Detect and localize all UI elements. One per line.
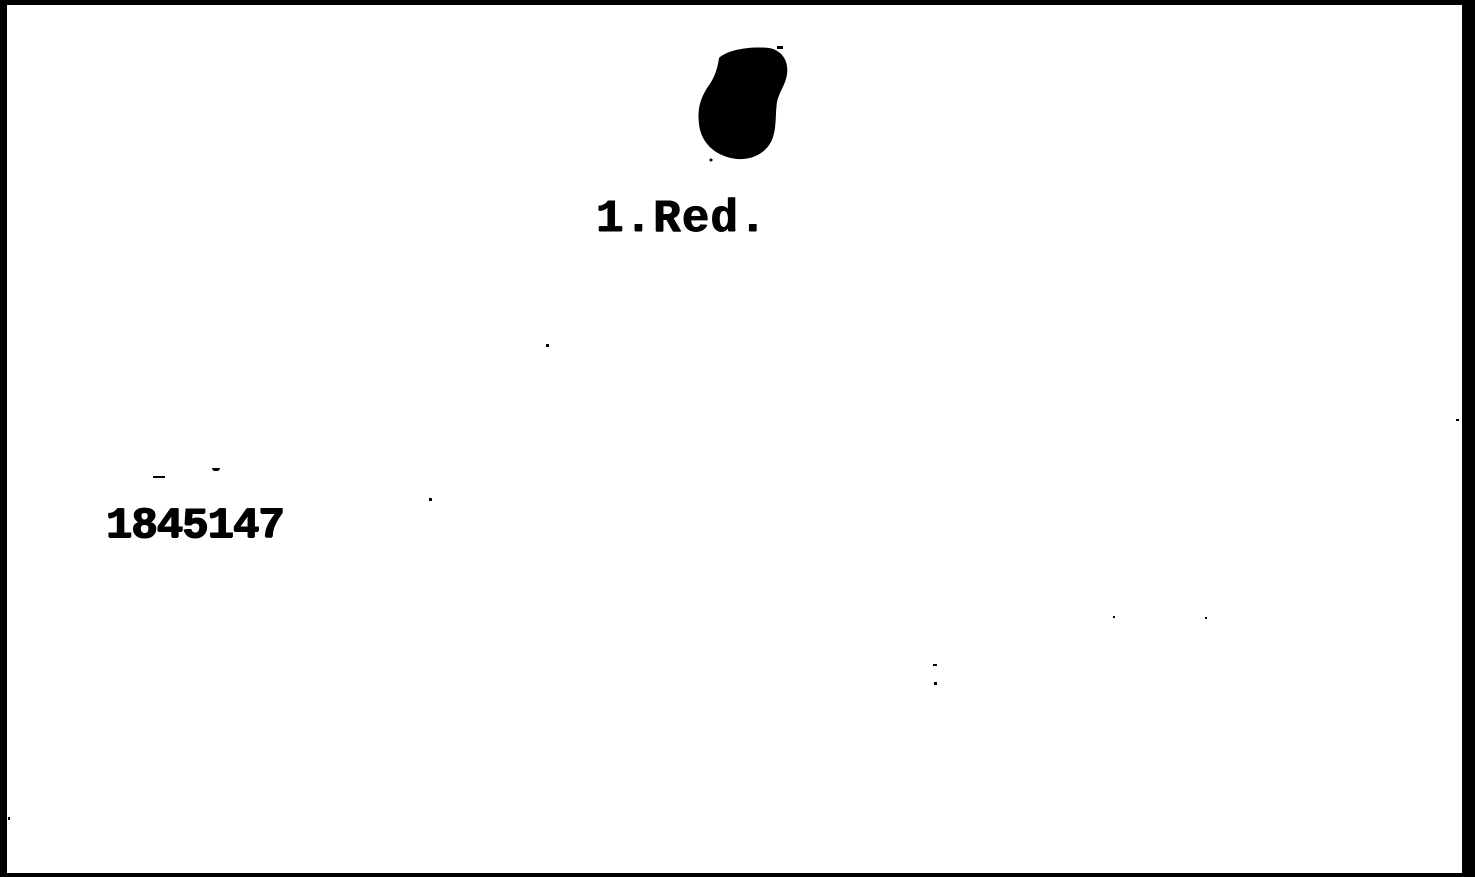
scan-speck bbox=[153, 476, 165, 478]
record-number: 1845147 bbox=[106, 504, 284, 548]
scan-speck bbox=[1205, 617, 1207, 619]
scan-speck bbox=[1113, 616, 1115, 618]
card-heading: 1.Red. bbox=[596, 196, 768, 242]
scan-speck bbox=[934, 682, 937, 685]
ink-blot-icon bbox=[697, 46, 789, 162]
scan-speck bbox=[1456, 419, 1459, 421]
scan-speck bbox=[546, 344, 549, 347]
scan-speck bbox=[933, 664, 937, 666]
bottom-border-line bbox=[645, 873, 1462, 875]
scan-speck bbox=[8, 817, 10, 820]
scan-speck bbox=[429, 498, 432, 501]
